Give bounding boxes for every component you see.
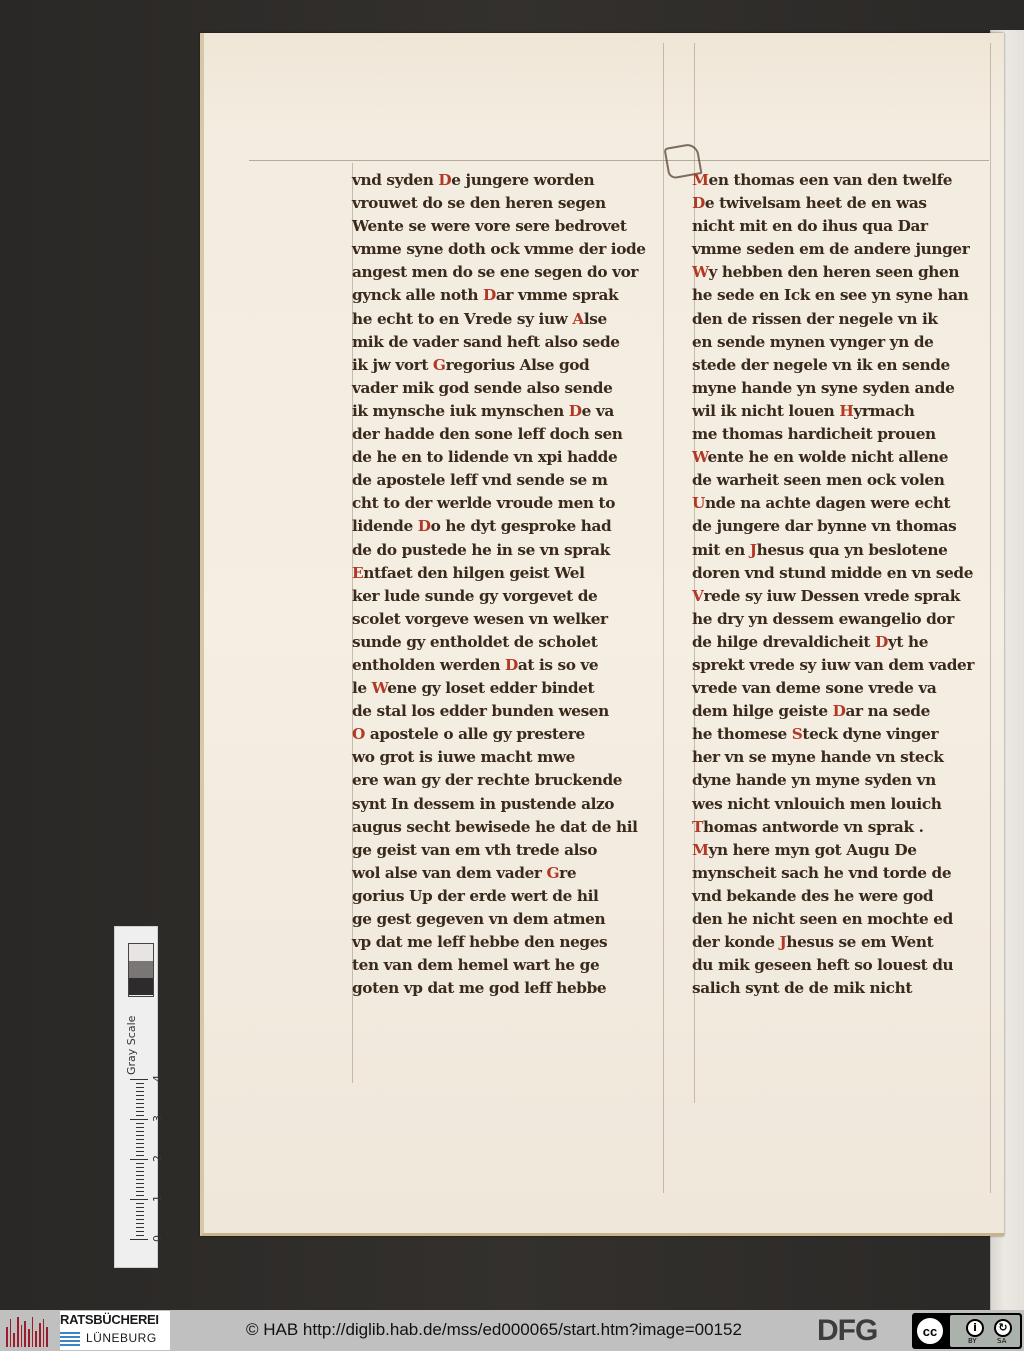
manuscript-line: sprekt vrede sy iuw van dem vader bbox=[692, 654, 992, 677]
rubricated-initial: J bbox=[750, 541, 757, 559]
manuscript-line: de warheit seen men ock volen bbox=[692, 469, 992, 492]
manuscript-line: vnd syden De jungere worden bbox=[352, 169, 652, 192]
ruler-tick bbox=[136, 1151, 144, 1152]
manuscript-line: sunde gy entholdet de scholet bbox=[352, 631, 652, 654]
cc-icon: cc bbox=[915, 1316, 945, 1346]
manuscript-line: scolet vorgeve wesen vn welker bbox=[352, 608, 652, 631]
manuscript-line: Men thomas een van den twelfe bbox=[692, 169, 992, 192]
copyright-link[interactable]: © HAB http://diglib.hab.de/mss/ed000065/… bbox=[246, 1320, 742, 1340]
license-by-label: BY bbox=[968, 1337, 977, 1345]
ruler-tick bbox=[136, 1139, 144, 1140]
manuscript-line: stede der negele vn ik en sende bbox=[692, 354, 992, 377]
ruler-tick bbox=[136, 1087, 144, 1088]
manuscript-line: he sede en Ick en see yn syne han bbox=[692, 284, 992, 307]
ruler-tick bbox=[136, 1203, 144, 1204]
text-column-right: Men thomas een van den twelfeDe twivelsa… bbox=[692, 169, 992, 1000]
manuscript-line: lidende Do he dyt gesproke had bbox=[352, 515, 652, 538]
rubricated-initial: T bbox=[692, 818, 703, 836]
rubricated-initial: M bbox=[692, 841, 709, 859]
rubricated-initial: D bbox=[833, 702, 846, 720]
ruler-tick bbox=[136, 1155, 144, 1156]
rubricated-initial: D bbox=[438, 171, 451, 189]
manuscript-page: vnd syden De jungere wordenvrouwet do se… bbox=[200, 33, 1004, 1236]
ruler-tick bbox=[136, 1167, 144, 1168]
manuscript-line: du mik geseen heft so louest du bbox=[692, 954, 992, 977]
manuscript-line: ker lude sunde gy vorgevet de bbox=[352, 585, 652, 608]
manuscript-line: entholden werden Dat is so ve bbox=[352, 654, 652, 677]
manuscript-line: wol alse van dem vader Gre bbox=[352, 862, 652, 885]
manuscript-line: De twivelsam heet de en was bbox=[692, 192, 992, 215]
ruler-tick bbox=[136, 1195, 144, 1196]
ruler-tick bbox=[136, 1227, 144, 1228]
ruler-tick bbox=[136, 1091, 144, 1092]
library-logo-icon bbox=[6, 1315, 48, 1347]
manuscript-line: nicht mit en do ihus qua Dar bbox=[692, 215, 992, 238]
manuscript-line: Thomas antworde vn sprak . bbox=[692, 816, 992, 839]
library-name-line2: LÜNEBURG bbox=[86, 1331, 157, 1345]
manuscript-line: de stal los edder bunden wesen bbox=[352, 700, 652, 723]
manuscript-line: mik de vader sand heft also sede bbox=[352, 331, 652, 354]
book-icon bbox=[60, 1332, 80, 1346]
ruler-tick-label: 1 bbox=[151, 1195, 164, 1202]
manuscript-line: gorius Up der erde wert de hil bbox=[352, 885, 652, 908]
manuscript-line: den he nicht seen en mochte ed bbox=[692, 908, 992, 931]
ruler-tick-label: 3 bbox=[151, 1115, 164, 1122]
ruler-tick-label: 4 bbox=[151, 1075, 164, 1082]
manuscript-line: de apostele leff vnd sende se m bbox=[352, 469, 652, 492]
ruler-tick bbox=[136, 1083, 144, 1084]
ruler-label: Gray Scale bbox=[125, 1016, 138, 1075]
manuscript-line: ere wan gy der rechte bruckende bbox=[352, 769, 652, 792]
ruler-tick bbox=[136, 1183, 144, 1184]
manuscript-line: der hadde den sone leff doch sen bbox=[352, 423, 652, 446]
rubricated-initial: H bbox=[839, 402, 853, 420]
ruler-tick bbox=[136, 1131, 144, 1132]
ruler-tick bbox=[136, 1115, 144, 1116]
manuscript-line: cht to der werlde vroude men to bbox=[352, 492, 652, 515]
swatch-dark bbox=[129, 978, 153, 995]
manuscript-line: he thomese Steck dyne vinger bbox=[692, 723, 992, 746]
manuscript-line: he echt to en Vrede sy iuw Alse bbox=[352, 308, 652, 331]
gray-scale-ruler: Gray Scale 01234 bbox=[114, 926, 158, 1268]
rubricated-initial: J bbox=[780, 933, 787, 951]
manuscript-line: vmme syne doth ock vmme der iode bbox=[352, 238, 652, 261]
manuscript-line: ge gest gegeven vn dem atmen bbox=[352, 908, 652, 931]
rubricated-initial: O bbox=[352, 725, 365, 743]
manuscript-line: en sende mynen vynger yn de bbox=[692, 331, 992, 354]
ruler-tick bbox=[130, 1239, 148, 1240]
ruler-tick bbox=[130, 1199, 148, 1200]
ruler-tick bbox=[136, 1191, 144, 1192]
ruler-tick bbox=[136, 1099, 144, 1100]
manuscript-line: den de rissen der negele vn ik bbox=[692, 308, 992, 331]
ruler-tick bbox=[130, 1159, 148, 1160]
ruler-tick-label: 0 bbox=[151, 1235, 164, 1242]
license-panel: i BY ↻ SA bbox=[950, 1315, 1020, 1347]
manuscript-line: der konde Jhesus se em Went bbox=[692, 931, 992, 954]
ruler-tick bbox=[136, 1147, 144, 1148]
manuscript-line: her vn se myne hande vn steck bbox=[692, 746, 992, 769]
rubricated-initial: M bbox=[692, 171, 709, 189]
manuscript-line: angest men do se ene segen do vor bbox=[352, 261, 652, 284]
ruler-tick bbox=[130, 1079, 148, 1080]
ruler-tick bbox=[136, 1187, 144, 1188]
dfg-logo[interactable]: DFG bbox=[817, 1315, 877, 1347]
ruler-tick bbox=[136, 1179, 144, 1180]
ruler-tick bbox=[136, 1215, 144, 1216]
manuscript-line: synt In dessem in pustende alzo bbox=[352, 793, 652, 816]
swatch-light bbox=[129, 944, 153, 961]
manuscript-line: doren vnd stund midde en vn sede bbox=[692, 562, 992, 585]
manuscript-line: de hilge drevaldicheit Dyt he bbox=[692, 631, 992, 654]
manuscript-line: wo grot is iuwe macht mwe bbox=[352, 746, 652, 769]
manuscript-line: O apostele o alle gy prestere bbox=[352, 723, 652, 746]
manuscript-line: vmme seden em de andere junger bbox=[692, 238, 992, 261]
rubricated-initial: W bbox=[692, 448, 708, 466]
manuscript-line: de jungere dar bynne vn thomas bbox=[692, 515, 992, 538]
manuscript-line: gynck alle noth Dar vmme sprak bbox=[352, 284, 652, 307]
ruler-tick-label: 2 bbox=[151, 1155, 164, 1162]
manuscript-line: vrede van deme sone vrede va bbox=[692, 677, 992, 700]
rubricated-initial: D bbox=[483, 286, 496, 304]
ruler-tick bbox=[136, 1143, 144, 1144]
manuscript-line: vrouwet do se den heren segen bbox=[352, 192, 652, 215]
manuscript-line: dem hilge geiste Dar na sede bbox=[692, 700, 992, 723]
ruler-tick bbox=[136, 1127, 144, 1128]
rubricated-initial: U bbox=[692, 494, 705, 512]
ratsbuecherei-logo[interactable]: RATSBÜCHEREI LÜNEBURG bbox=[60, 1311, 170, 1350]
manuscript-line: vader mik god sende also sende bbox=[352, 377, 652, 400]
ruler-tick bbox=[136, 1219, 144, 1220]
ruler-tick bbox=[136, 1135, 144, 1136]
manuscript-line: wil ik nicht louen Hyrmach bbox=[692, 400, 992, 423]
attribution-icon: i bbox=[966, 1319, 984, 1337]
manuscript-line: dyne hande yn myne syden vn bbox=[692, 769, 992, 792]
manuscript-line: augus secht bewisede he dat de hil bbox=[352, 816, 652, 839]
rubricated-initial: W bbox=[692, 263, 708, 281]
ruler-tick bbox=[136, 1095, 144, 1096]
swatch-mid bbox=[129, 961, 153, 978]
share-alike-icon: ↻ bbox=[994, 1319, 1012, 1337]
manuscript-line: mynscheit sach he vnd torde de bbox=[692, 862, 992, 885]
ruler-tick bbox=[136, 1103, 144, 1104]
manuscript-line: ten van dem hemel wart he ge bbox=[352, 954, 652, 977]
manuscript-line: he dry yn dessem ewangelio dor bbox=[692, 608, 992, 631]
ruler-tick bbox=[136, 1111, 144, 1112]
ruler-tick bbox=[136, 1123, 144, 1124]
rubricated-initial: A bbox=[572, 310, 583, 328]
rubricated-initial: W bbox=[372, 679, 388, 697]
manuscript-line: Wente se were vore sere bedrovet bbox=[352, 215, 652, 238]
rubricated-initial: D bbox=[692, 194, 705, 212]
rubricated-initial: D bbox=[569, 402, 582, 420]
ruler-tick bbox=[136, 1231, 144, 1232]
ruler-tick bbox=[136, 1207, 144, 1208]
ruler-tick bbox=[136, 1223, 144, 1224]
rubricated-initial: D bbox=[875, 633, 888, 651]
manuscript-line: Unde na achte dagen were echt bbox=[692, 492, 992, 515]
license-sa-label: SA bbox=[997, 1337, 1006, 1345]
cc-license-badge[interactable]: cc i BY ↻ SA bbox=[912, 1313, 1022, 1349]
rubricated-initial: D bbox=[418, 517, 431, 535]
image-viewer: vnd syden De jungere wordenvrouwet do se… bbox=[0, 0, 1024, 1310]
rubricated-initial: S bbox=[792, 725, 803, 743]
text-column-left: vnd syden De jungere wordenvrouwet do se… bbox=[352, 169, 652, 1000]
ruler-tick bbox=[136, 1107, 144, 1108]
ruler-tick bbox=[136, 1163, 144, 1164]
manuscript-line: Vrede sy iuw Dessen vrede sprak bbox=[692, 585, 992, 608]
manuscript-line: Myn here myn got Augu De bbox=[692, 839, 992, 862]
ruler-tick bbox=[136, 1175, 144, 1176]
rubricated-initial: V bbox=[692, 587, 703, 605]
manuscript-line: vp dat me leff hebbe den neges bbox=[352, 931, 652, 954]
rubricated-initial: D bbox=[505, 656, 518, 674]
manuscript-line: myne hande yn syne syden ande bbox=[692, 377, 992, 400]
manuscript-line: le Wene gy loset edder bindet bbox=[352, 677, 652, 700]
manuscript-line: ge geist van em vth trede also bbox=[352, 839, 652, 862]
manuscript-line: vnd bekande des he were god bbox=[692, 885, 992, 908]
gray-scale-swatch bbox=[128, 943, 154, 997]
ruling-line-top bbox=[249, 160, 989, 161]
ruling-line-middle-a bbox=[663, 43, 664, 1193]
manuscript-line: ik jw vort Gregorius Alse god bbox=[352, 354, 652, 377]
manuscript-line: de he en to lidende vn xpi hadde bbox=[352, 446, 652, 469]
ruler-tick bbox=[136, 1235, 144, 1236]
ruler-tick bbox=[130, 1119, 148, 1120]
rubricated-initial: G bbox=[433, 356, 446, 374]
manuscript-line: salich synt de de mik nicht bbox=[692, 977, 992, 1000]
manuscript-line: ik mynsche iuk mynschen De va bbox=[352, 400, 652, 423]
manuscript-line: de do pustede he in se vn sprak bbox=[352, 539, 652, 562]
library-name-line1: RATSBÜCHEREI bbox=[60, 1312, 159, 1327]
manuscript-line: goten vp dat me god leff hebbe bbox=[352, 977, 652, 1000]
rubricated-initial: E bbox=[352, 564, 363, 582]
rubricated-initial: G bbox=[547, 864, 560, 882]
ruler-tick bbox=[136, 1171, 144, 1172]
manuscript-line: Wente he en wolde nicht allene bbox=[692, 446, 992, 469]
manuscript-line: Entfaet den hilgen geist Wel bbox=[352, 562, 652, 585]
manuscript-line: Wy hebben den heren seen ghen bbox=[692, 261, 992, 284]
manuscript-line: me thomas hardicheit prouen bbox=[692, 423, 992, 446]
ruler-tick bbox=[136, 1211, 144, 1212]
footer-bar: RATSBÜCHEREI LÜNEBURG © HAB http://digli… bbox=[0, 1310, 1024, 1351]
manuscript-line: mit en Jhesus qua yn beslotene bbox=[692, 539, 992, 562]
manuscript-line: wes nicht vnlouich men louich bbox=[692, 793, 992, 816]
